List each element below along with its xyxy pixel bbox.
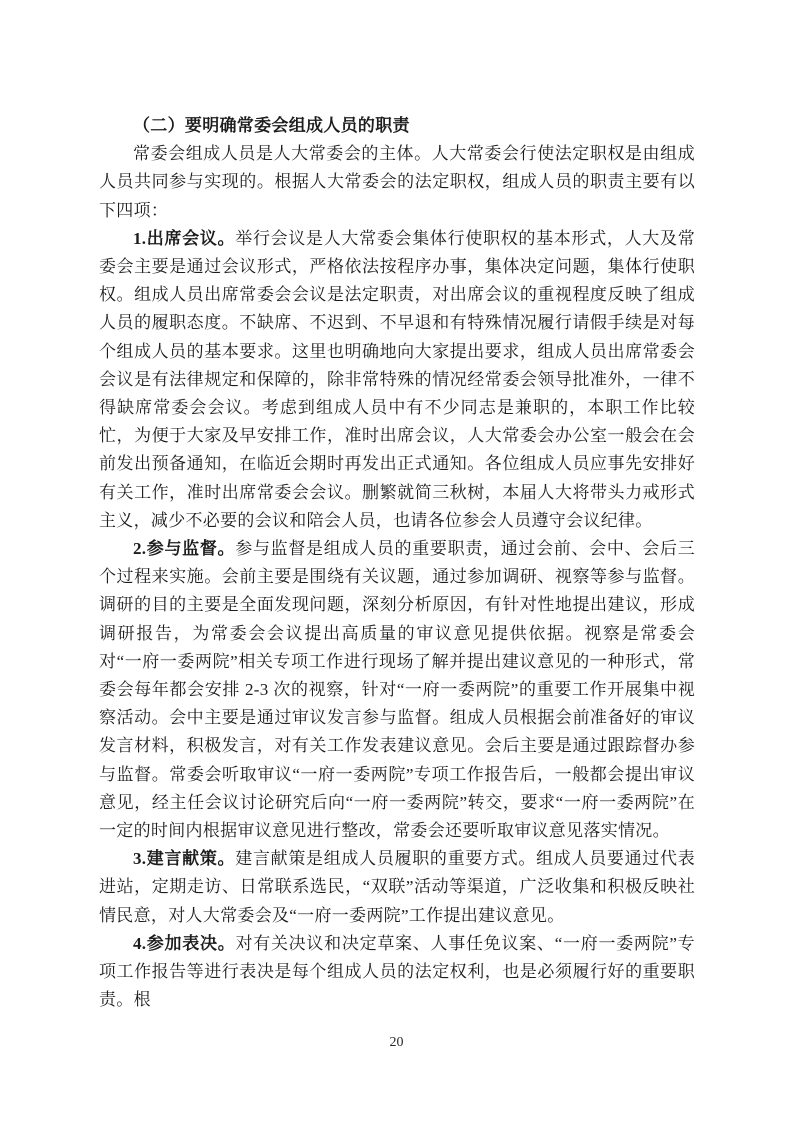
item-label: 1.出席会议。 [133,229,235,248]
paragraph-text: 常委会组成人员是人大常委会的主体。人大常委会行使法定职权是由组成人员共同参与实现… [99,144,695,219]
paragraphs-container: 常委会组成人员是人大常委会的主体。人大常委会行使法定职权是由组成人员共同参与实现… [99,140,695,1014]
paragraph-text: 举行会议是人大常委会集体行使职权的基本形式，人大及常委会主要是通过会议形式，严格… [99,229,695,530]
item-4-participate-voting: 4.参加表决。对有关决议和决定草案、人事任免议案、“一府一委两院”专项工作报告等… [99,930,695,1015]
item-label: 3.建言献策。 [133,849,235,868]
item-label: 4.参加表决。 [133,934,235,953]
item-2-participate-supervision: 2.参与监督。参与监督是组成人员的重要职责，通过会前、会中、会后三个过程来实施。… [99,535,695,845]
document-body: （二）要明确常委会组成人员的职责 常委会组成人员是人大常委会的主体。人大常委会行… [99,112,695,1015]
section-heading: （二）要明确常委会组成人员的职责 [99,112,695,140]
item-3-offer-suggestions: 3.建言献策。建言献策是组成人员履职的重要方式。组成人员要通过代表进站，定期走访… [99,845,695,930]
intro-paragraph: 常委会组成人员是人大常委会的主体。人大常委会行使法定职权是由组成人员共同参与实现… [99,140,695,225]
document-page: （二）要明确常委会组成人员的职责 常委会组成人员是人大常委会的主体。人大常委会行… [0,0,793,1122]
page-number: 20 [0,1035,793,1051]
paragraph-text: 参与监督是组成人员的重要职责，通过会前、会中、会后三个过程来实施。会前主要是围绕… [99,539,695,840]
item-1-attend-meetings: 1.出席会议。举行会议是人大常委会集体行使职权的基本形式，人大及常委会主要是通过… [99,225,695,535]
item-label: 2.参与监督。 [133,539,235,558]
